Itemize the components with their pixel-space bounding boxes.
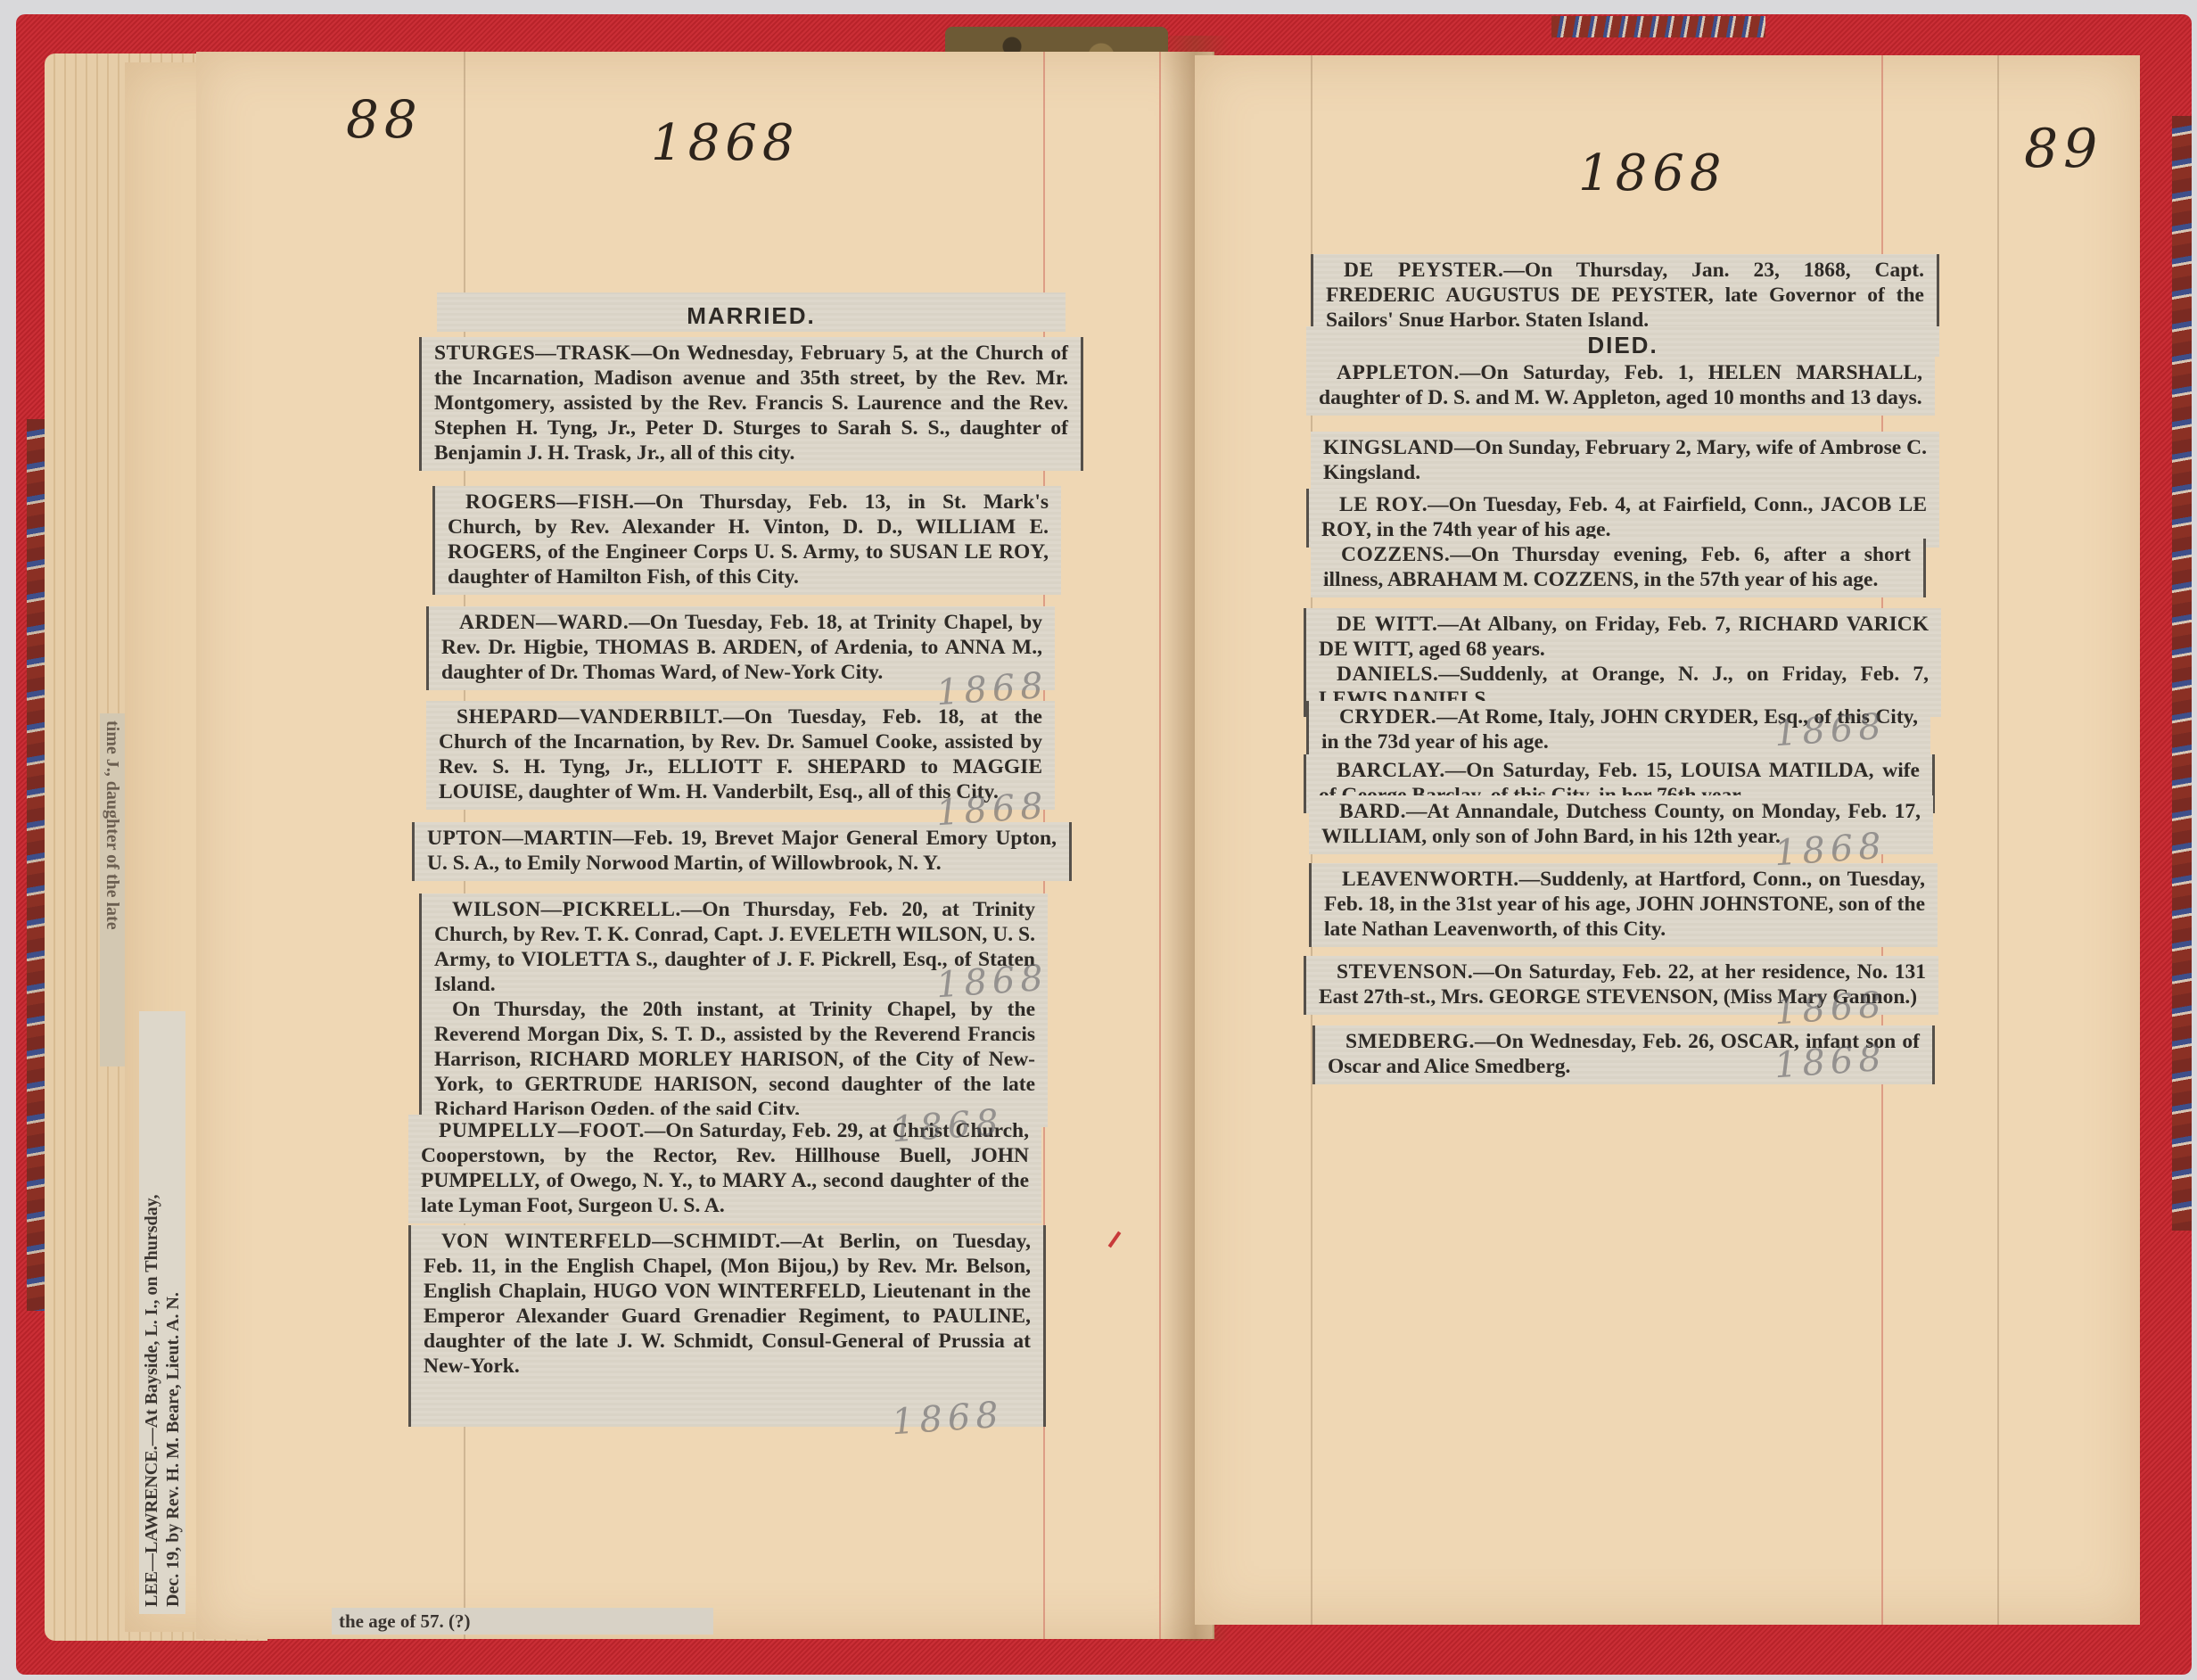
marriage-notice: VON WINTERFELD—SCHMIDT.—At Berlin, on Tu… <box>408 1225 1046 1427</box>
pencil-year-note: 1868 <box>1773 826 1888 875</box>
notice-head: APPLETON. <box>1337 361 1460 384</box>
notice-head: STEVENSON. <box>1337 960 1473 984</box>
notice-head: SHEPARD—VANDERBILT. <box>457 705 723 729</box>
marbled-edge-left <box>27 419 46 1311</box>
section-heading-married: MARRIED. <box>437 292 1066 332</box>
marbled-edge-top <box>1551 16 1765 37</box>
marriage-notice: ROGERS—FISH.—On Thursday, Feb. 13, in St… <box>432 486 1061 595</box>
marbled-edge-right <box>2172 116 2192 1231</box>
death-notice: APPLETON.—On Saturday, Feb. 1, HELEN MAR… <box>1306 357 1935 416</box>
notice-head: DE WITT. <box>1337 613 1437 636</box>
notice-head: LEAVENWORTH. <box>1342 868 1519 891</box>
margin-rule <box>1997 55 1999 1625</box>
marriage-notice: STURGES—TRASK—On Wednesday, February 5, … <box>419 337 1083 471</box>
notice-head: PUMPELLY—FOOT. <box>439 1119 645 1142</box>
side-strip-line-1: LEE—LAWRENCE.—At Bayside, L. I., on Thur… <box>141 1018 162 1607</box>
notice-head: LE ROY. <box>1339 493 1428 516</box>
notice-head: VON WINTERFELD—SCHMIDT. <box>441 1230 781 1253</box>
notice-head: DANIELS. <box>1337 663 1438 686</box>
death-notice: LEAVENWORTH.—Suddenly, at Hartford, Conn… <box>1309 863 1938 947</box>
death-notice: KINGSLAND—On Sunday, February 2, Mary, w… <box>1311 432 1939 490</box>
side-strip-line-2: Dec. 19, by Rev. H. M. Beare, Lieut. A. … <box>162 1018 184 1607</box>
notice-head: ARDEN—WARD. <box>459 611 629 634</box>
pencil-year-note: 1868 <box>891 1102 1006 1151</box>
notice-head: COZZENS. <box>1341 543 1450 566</box>
notice-head: DE PEYSTER. <box>1344 259 1503 282</box>
pencil-year-note: 1868 <box>1773 1038 1888 1087</box>
page-number-88: 88 <box>346 89 423 150</box>
bottom-clipping-strip: the age of 57. (?) <box>332 1608 713 1635</box>
page-number-89: 89 <box>2024 118 2102 180</box>
side-strip-upper: time J., daughter of the late <box>100 713 125 1066</box>
notice-head: UPTON—MARTIN <box>427 827 613 850</box>
notice-head: KINGSLAND <box>1323 436 1454 459</box>
death-notice: COZZENS.—On Thursday evening, Feb. 6, af… <box>1311 539 1926 597</box>
notice-head: ROGERS—FISH. <box>465 490 634 514</box>
notice-text: On Thursday, the 20th instant, at Trinit… <box>434 998 1035 1121</box>
notice-head: SMEDBERG. <box>1345 1030 1475 1053</box>
pencil-year-note: 1868 <box>891 1395 1006 1444</box>
pencil-year-note: 1868 <box>935 958 1050 1007</box>
side-strip-lee-lawrence: LEE—LAWRENCE.—At Bayside, L. I., on Thur… <box>139 1011 185 1614</box>
notice-head: STURGES—TRASK <box>434 342 631 365</box>
pencil-year-note: 1868 <box>935 786 1050 835</box>
pencil-year-note: 1868 <box>1773 984 1888 1034</box>
death-notice: DE PEYSTER.—On Thursday, Jan. 23, 1868, … <box>1311 254 1939 338</box>
year-heading: 1868 <box>1578 144 1727 202</box>
notice-head: BARD. <box>1339 800 1406 823</box>
year-heading: 1868 <box>651 114 800 172</box>
pencil-year-note: 1868 <box>1773 706 1888 755</box>
notice-head: CRYDER. <box>1339 705 1436 729</box>
pencil-year-note: 1868 <box>935 665 1050 714</box>
section-heading-died: DIED. <box>1306 326 1939 357</box>
notice-head: BARCLAY. <box>1337 759 1445 782</box>
notice-head: WILSON—PICKRELL. <box>452 898 681 921</box>
marriage-notice: WILSON—PICKRELL.—On Thursday, Feb. 20, a… <box>419 894 1048 1127</box>
